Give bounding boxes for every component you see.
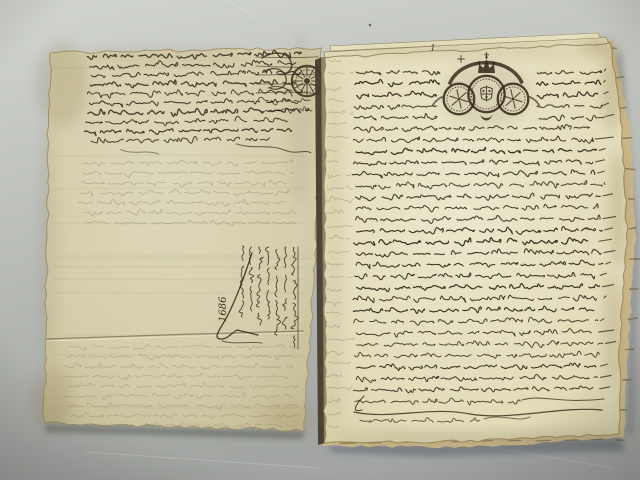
photo-of-manuscripts: 1686 1 + [0,0,640,480]
photo-vignette [0,0,640,480]
